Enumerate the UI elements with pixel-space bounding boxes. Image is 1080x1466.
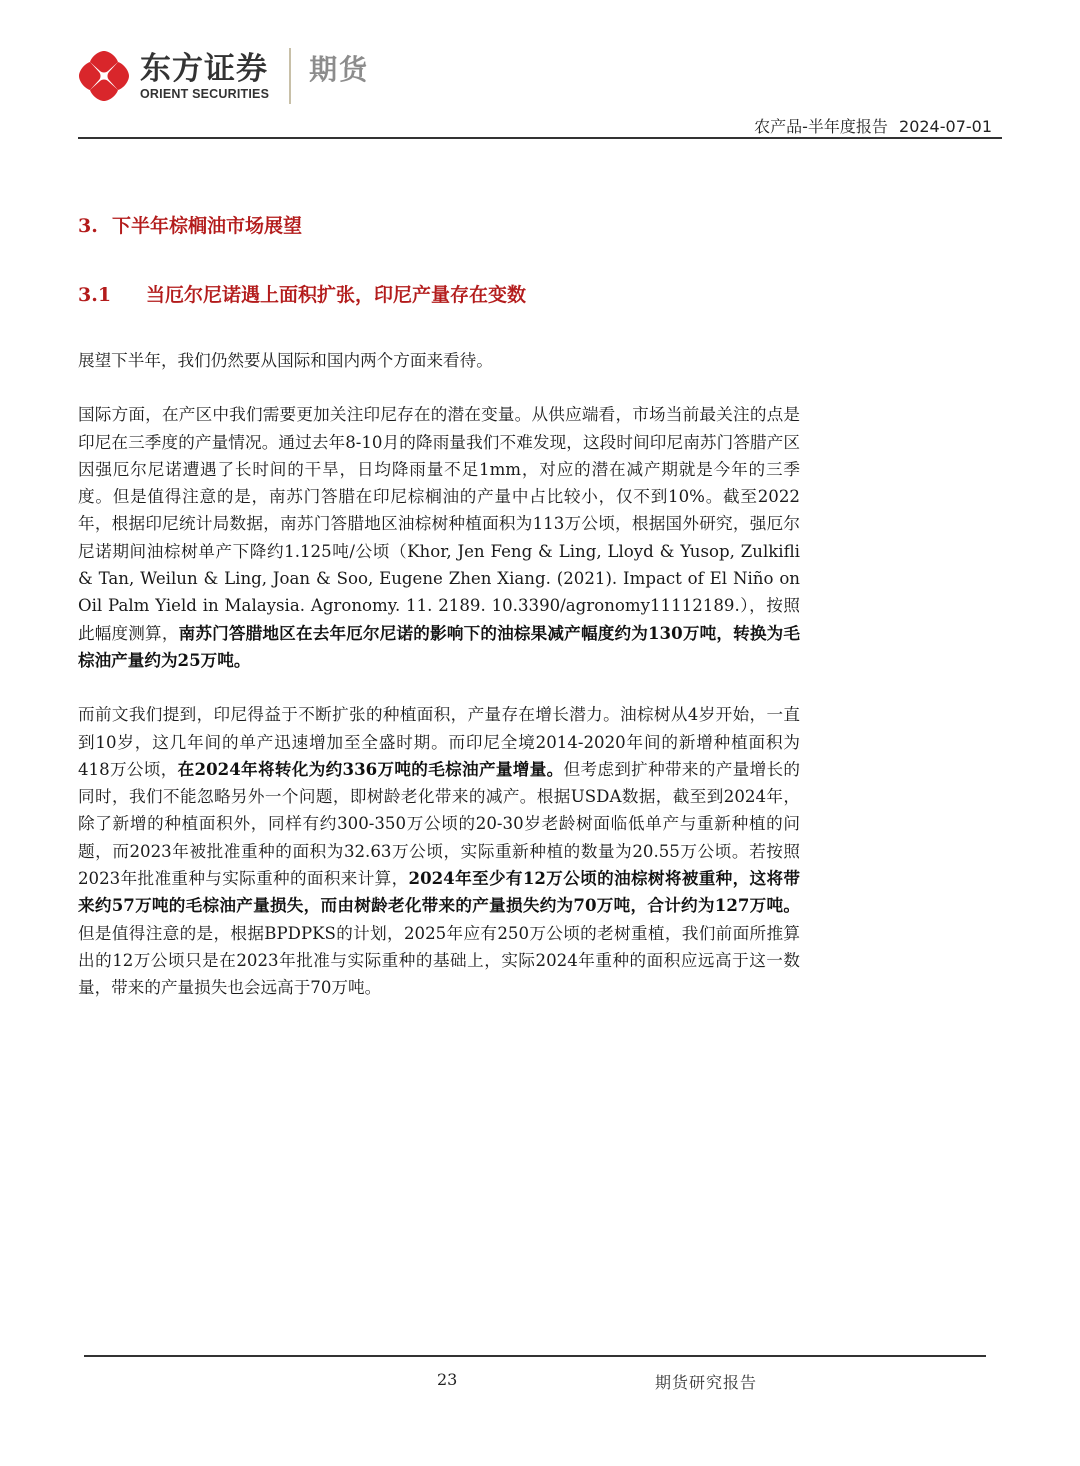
orient-securities-logo-icon [76,48,132,104]
logo-chinese-name: 东方证券 [140,51,269,87]
header-divider [78,137,1002,139]
logo-english-name: ORIENT SECURITIES [140,87,269,101]
report-type: 农产品-半年度报告 [754,117,888,136]
report-body: 展望下半年，我们仍然要从国际和国内两个方面来看待。 国际方面，在产区中我们需要更… [78,347,800,1029]
paragraph-highlight: 在2024年将转化为约336万吨的毛棕油产量增量。 [178,759,564,779]
paragraph-area-expansion: 而前文我们提到，印尼得益于不断扩张的种植面积，产量存在增长潜力。油棕树从4岁开始… [78,701,800,1001]
report-meta: 农产品-半年度报告 2024-07-01 [754,114,992,137]
footer-label: 期货研究报告 [655,1370,757,1393]
subsection-heading: 3.1当厄尔尼诺遇上面积扩张，印尼产量存在变数 [78,280,526,307]
section-title: 下半年棕榈油市场展望 [112,215,302,237]
subsection-number: 3.1 [78,284,146,306]
report-date: 2024-07-01 [899,117,992,136]
section-heading: 3.下半年棕榈油市场展望 [78,211,302,238]
paragraph-international: 国际方面，在产区中我们需要更加关注印尼存在的潜在变量。从供应端看，市场当前最关注… [78,401,800,674]
paragraph-highlight: 南苏门答腊地区在去年厄尔尼诺的影响下的油棕果减产幅度约为130万吨，转换为毛棕油… [78,623,800,670]
section-number: 3. [78,215,112,237]
page-number: 23 [437,1370,457,1389]
subsection-title: 当厄尔尼诺遇上面积扩张，印尼产量存在变数 [146,284,526,306]
logo-subbrand: 期货 [309,48,369,88]
company-logo: 东方证券 ORIENT SECURITIES 期货 [76,46,369,106]
logo-divider [289,48,291,104]
paragraph-text: 但是值得注意的是，根据BPDPKS的计划，2025年应有250万公顷的老树重植，… [78,924,800,998]
footer-divider [84,1355,986,1357]
paragraph-text: 国际方面，在产区中我们需要更加关注印尼存在的潜在变量。从供应端看，市场当前最关注… [78,405,800,642]
paragraph-intro: 展望下半年，我们仍然要从国际和国内两个方面来看待。 [78,347,800,374]
